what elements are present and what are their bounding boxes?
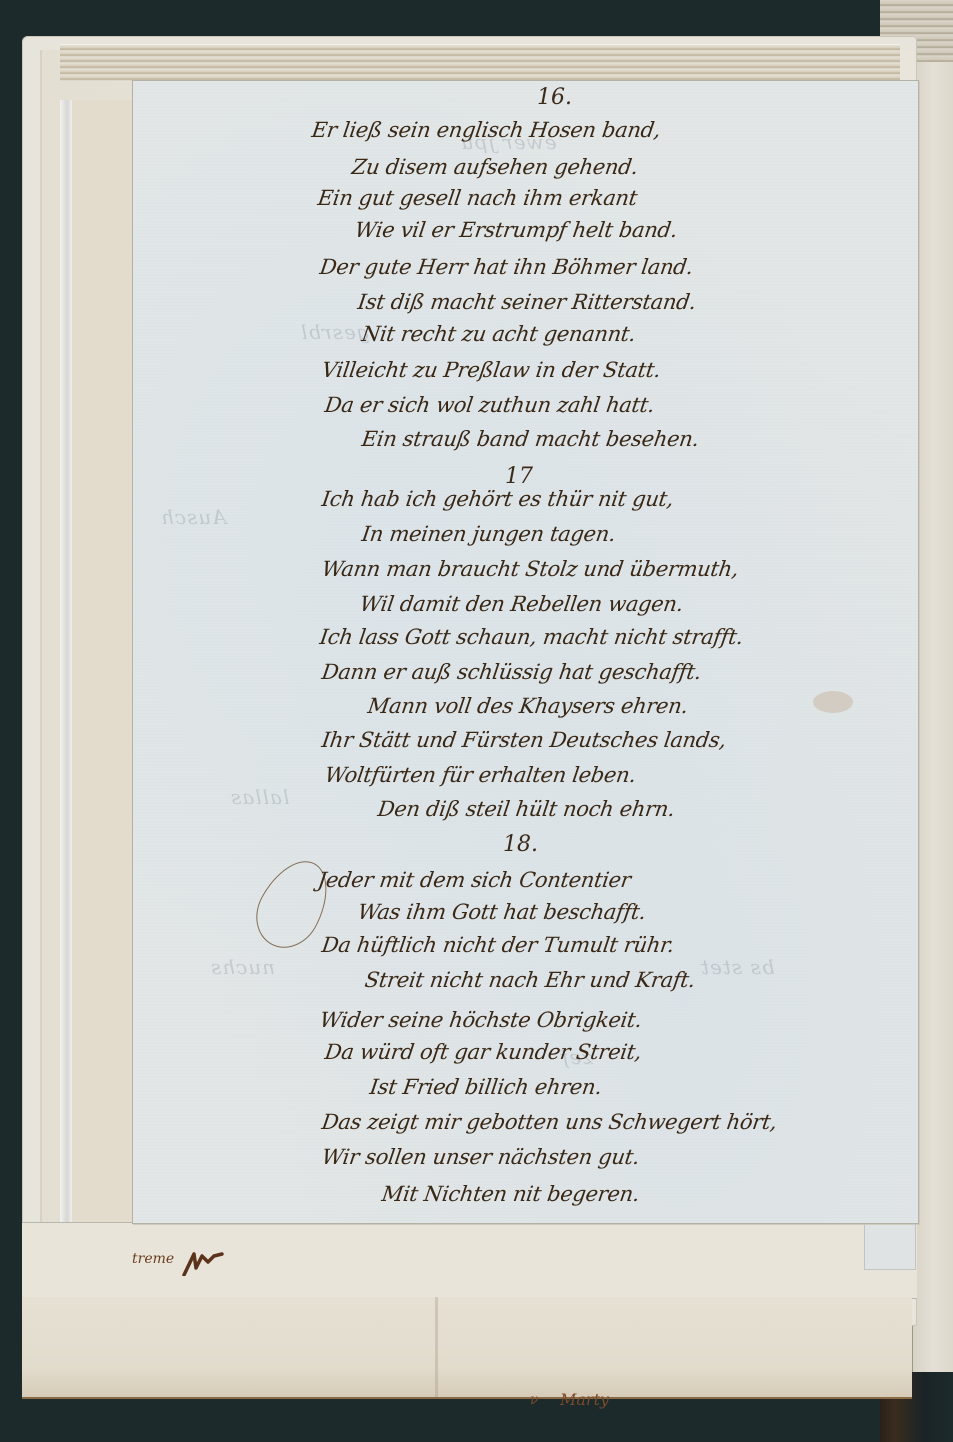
margin-note-left: treme [132,1251,174,1267]
manuscript-line: Streit nicht nach Ehr und Kraft. [363,968,696,992]
manuscript-line: Dann er auß schlüssig hat geschafft. [320,660,703,684]
manuscript-line: Was ihm Gott hat beschafft. [356,900,647,924]
stanza-number: 16. [537,85,572,110]
paper-fold-strip [60,100,72,1300]
manuscript-line: Ist diß macht seiner Ritterstand. [356,290,697,314]
manuscript-line: Ein strauß band macht besehen. [360,427,700,451]
underlying-sheet [72,100,133,1290]
margin-note-mark: ν [530,1392,539,1408]
paper-stain [813,691,853,713]
fold-crease [435,1297,438,1397]
manuscript-line: Er ließ sein englisch Hosen band, [310,118,662,142]
stanza-number: 17 [505,464,533,489]
bottom-paper-sheet [22,1297,912,1399]
manuscript-line: Da hüftlich nicht der Tumult rühr. [320,933,675,957]
manuscript-line: Ihr Stätt und Fürsten Deutsches lands, [320,728,727,752]
manuscript-line: Wie vil er Erstrumpf helt band. [353,218,679,242]
manuscript-line: Der gute Herr hat ihn Böhmer land. [318,255,694,279]
bleed-through-text: lallas [230,785,289,809]
manuscript-line: Mann voll des Khaysers ehren. [366,694,689,718]
bleed-through-text: nuchs [210,955,275,979]
bleed-through-text: Ausch [160,505,227,529]
paper-repair-patch [864,1218,916,1270]
manuscript-line: Ist Fried billich ehren. [368,1075,603,1099]
stanza-number: 18. [503,832,538,857]
manuscript-line: Ich hab ich gehört es thür nit gut, [320,487,675,511]
manuscript-line: Das zeigt mir gebotten uns Schwegert hör… [320,1110,778,1134]
top-paper-edges [60,44,900,81]
ink-scribble-mark [178,1250,224,1276]
bleed-through-text: bs stet [700,955,775,979]
manuscript-line: Den diß steil hült noch ehrn. [376,797,676,821]
manuscript-line: Da er sich wol zuthun zahl hatt. [323,393,656,417]
manuscript-line: Wir sollen unser nächsten gut. [320,1145,641,1169]
manuscript-line: Ein gut gesell nach ihm erkant [316,186,638,210]
manuscript-line: Nit recht zu acht genannt. [360,322,637,346]
manuscript-line: Wann man braucht Stolz und übermuth, [320,557,740,581]
manuscript-line: Jeder mit dem sich Contentier [316,868,632,892]
manuscript-line: Da würd oft gar kunder Streit, [323,1040,643,1064]
bleed-through-text: gesrbl [300,320,370,344]
manuscript-line: Mit Nichten nit begeren. [380,1182,641,1206]
margin-note-right: Marty [560,1390,609,1409]
manuscript-line: Woltfürten für erhalten leben. [323,763,637,787]
manuscript-line: Zu disem aufsehen gehend. [350,155,639,179]
manuscript-line: Wil damit den Rebellen wagen. [358,592,685,616]
manuscript-line: Ich lass Gott schaun, macht nicht straff… [318,625,744,649]
manuscript-line: In meinen jungen tagen. [360,522,617,546]
manuscript-line: Villeicht zu Preßlaw in der Statt. [320,358,662,382]
manuscript-line: Wider seine höchste Obrigkeit. [318,1008,643,1032]
